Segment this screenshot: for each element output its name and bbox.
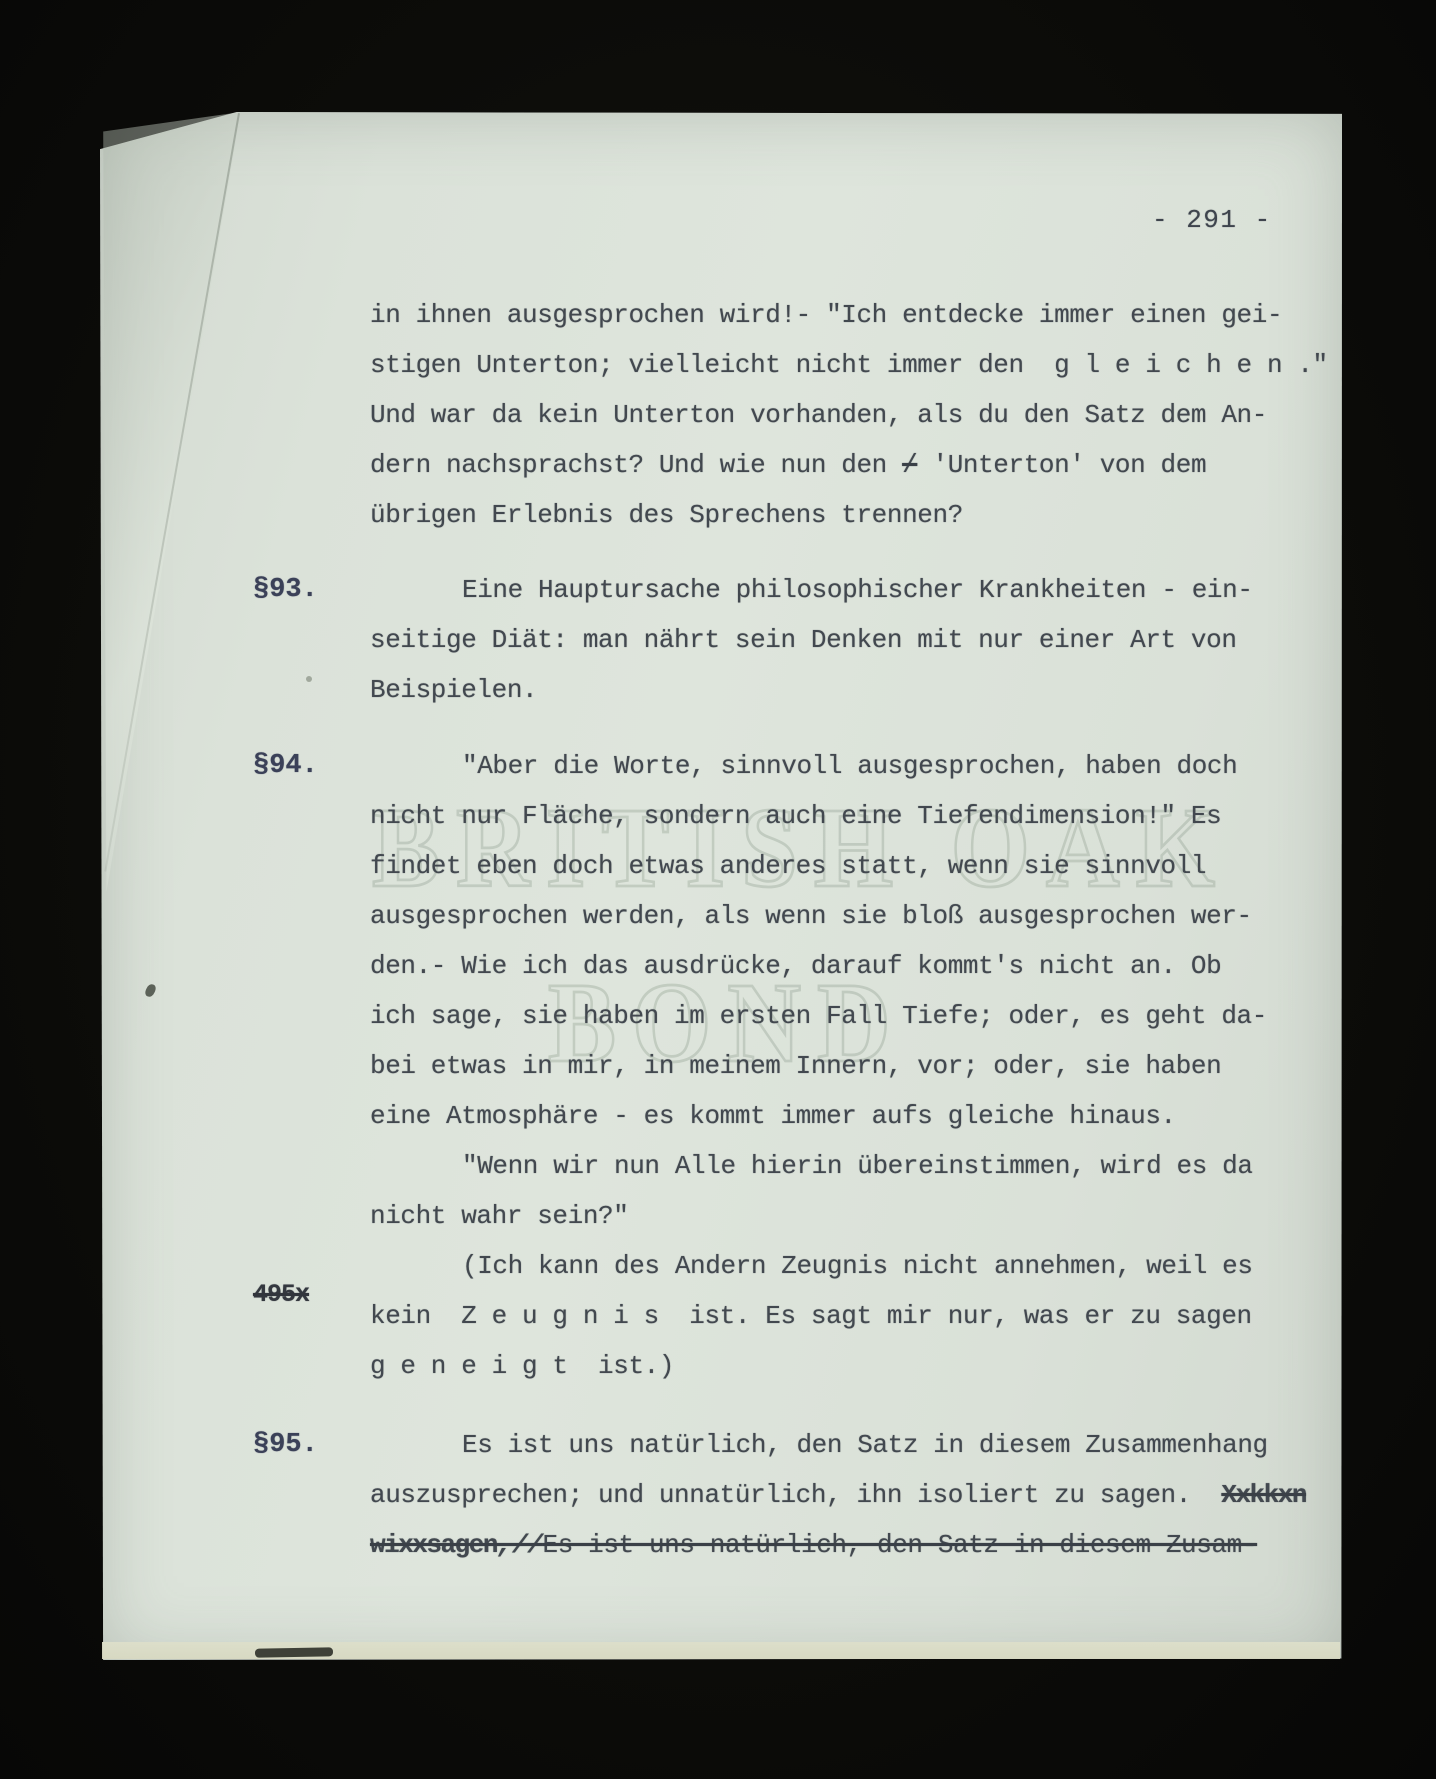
typescript-line: (Ich kann des Andern Zeugnis nicht anneh… bbox=[370, 1241, 1360, 1291]
typescript-line: eine Atmosphäre - es kommt immer aufs gl… bbox=[370, 1091, 1360, 1141]
typescript-line: den.- Wie ich das ausdrücke, darauf komm… bbox=[370, 941, 1360, 991]
page-number: - 291 - bbox=[1152, 200, 1272, 240]
typescript-line: kein Z e u g n i s ist. Es sagt mir nur,… bbox=[370, 1291, 1360, 1341]
deleted-word: wixxsagen bbox=[370, 1530, 497, 1560]
typescript-line: Es ist uns natürlich, den Satz in diesem… bbox=[370, 1420, 1360, 1470]
paragraph-94: "Aber die Worte, sinnvoll ausgesprochen,… bbox=[370, 741, 1360, 1391]
typescript-line: wixxsagen,//Es ist uns natürlich, den Sa… bbox=[370, 1520, 1360, 1570]
insertion-mark: ,// bbox=[497, 1530, 543, 1560]
line-segment: auszusprechen; und unnatürlich, ihn isol… bbox=[370, 1480, 1221, 1510]
typescript-line: Und war da kein Unterton vorhanden, als … bbox=[370, 390, 1360, 440]
typescript-line: "Aber die Worte, sinnvoll ausgesprochen,… bbox=[370, 741, 1360, 791]
typescript-line: findet eben doch etwas anderes statt, we… bbox=[370, 841, 1360, 891]
typescript-line: seitige Diät: man nährt sein Denken mit … bbox=[370, 615, 1360, 665]
typescript-line: übrigen Erlebnis des Sprechens trennen? bbox=[370, 490, 1360, 540]
paragraph-93: Eine Hauptursache philosophischer Krankh… bbox=[370, 565, 1360, 715]
typescript-line: nicht wahr sein?" bbox=[370, 1191, 1360, 1241]
scan-background: BRITISH OAK BOND - 291 - in ihnen ausges… bbox=[0, 0, 1436, 1779]
typescript-line: Beispielen. bbox=[370, 665, 1360, 715]
section-marker-95: §95. bbox=[253, 1420, 318, 1470]
paper-speck bbox=[306, 676, 312, 682]
typescript-line: "Wenn wir nun Alle hierin übereinstimmen… bbox=[370, 1141, 1360, 1191]
typescript-line: stigen Unterton; vielleicht nicht immer … bbox=[370, 340, 1360, 390]
typescript-line: ausgesprochen werden, als wenn sie bloß … bbox=[370, 891, 1360, 941]
deleted-character: / bbox=[902, 450, 917, 480]
typescript-line: in ihnen ausgesprochen wird!- "Ich entde… bbox=[370, 290, 1360, 340]
typescript-line: dern nachsprachst? Und wie nun den / 'Un… bbox=[370, 440, 1360, 490]
deleted-word: Xxkkxn bbox=[1221, 1480, 1306, 1510]
typescript-line: bei etwas in mir, in meinem Innern, vor;… bbox=[370, 1041, 1360, 1091]
section-marker-93: §93. bbox=[253, 565, 318, 615]
typescript-line: g e n e i g t ist.) bbox=[370, 1341, 1360, 1391]
line-segment: 'Unterton' von dem bbox=[917, 450, 1206, 480]
typescript-line: nicht nur Fläche, sondern auch eine Tief… bbox=[370, 791, 1360, 841]
margin-note-deleted: 495x bbox=[253, 1270, 309, 1320]
deleted-text: Es ist uns natürlich, den Satz in diesem… bbox=[543, 1530, 1258, 1560]
typescript-line: auszusprechen; und unnatürlich, ihn isol… bbox=[370, 1470, 1360, 1520]
paragraph-95: Es ist uns natürlich, den Satz in diesem… bbox=[370, 1420, 1360, 1570]
typescript-line: Eine Hauptursache philosophischer Krankh… bbox=[370, 565, 1360, 615]
ink-smudge bbox=[255, 1647, 333, 1657]
line-segment: dern nachsprachst? Und wie nun den bbox=[370, 450, 902, 480]
section-marker-94: §94. bbox=[253, 741, 318, 791]
paragraph-intro: in ihnen ausgesprochen wird!- "Ich entde… bbox=[370, 290, 1360, 540]
typescript-line: ich sage, sie haben im ersten Fall Tiefe… bbox=[370, 991, 1360, 1041]
